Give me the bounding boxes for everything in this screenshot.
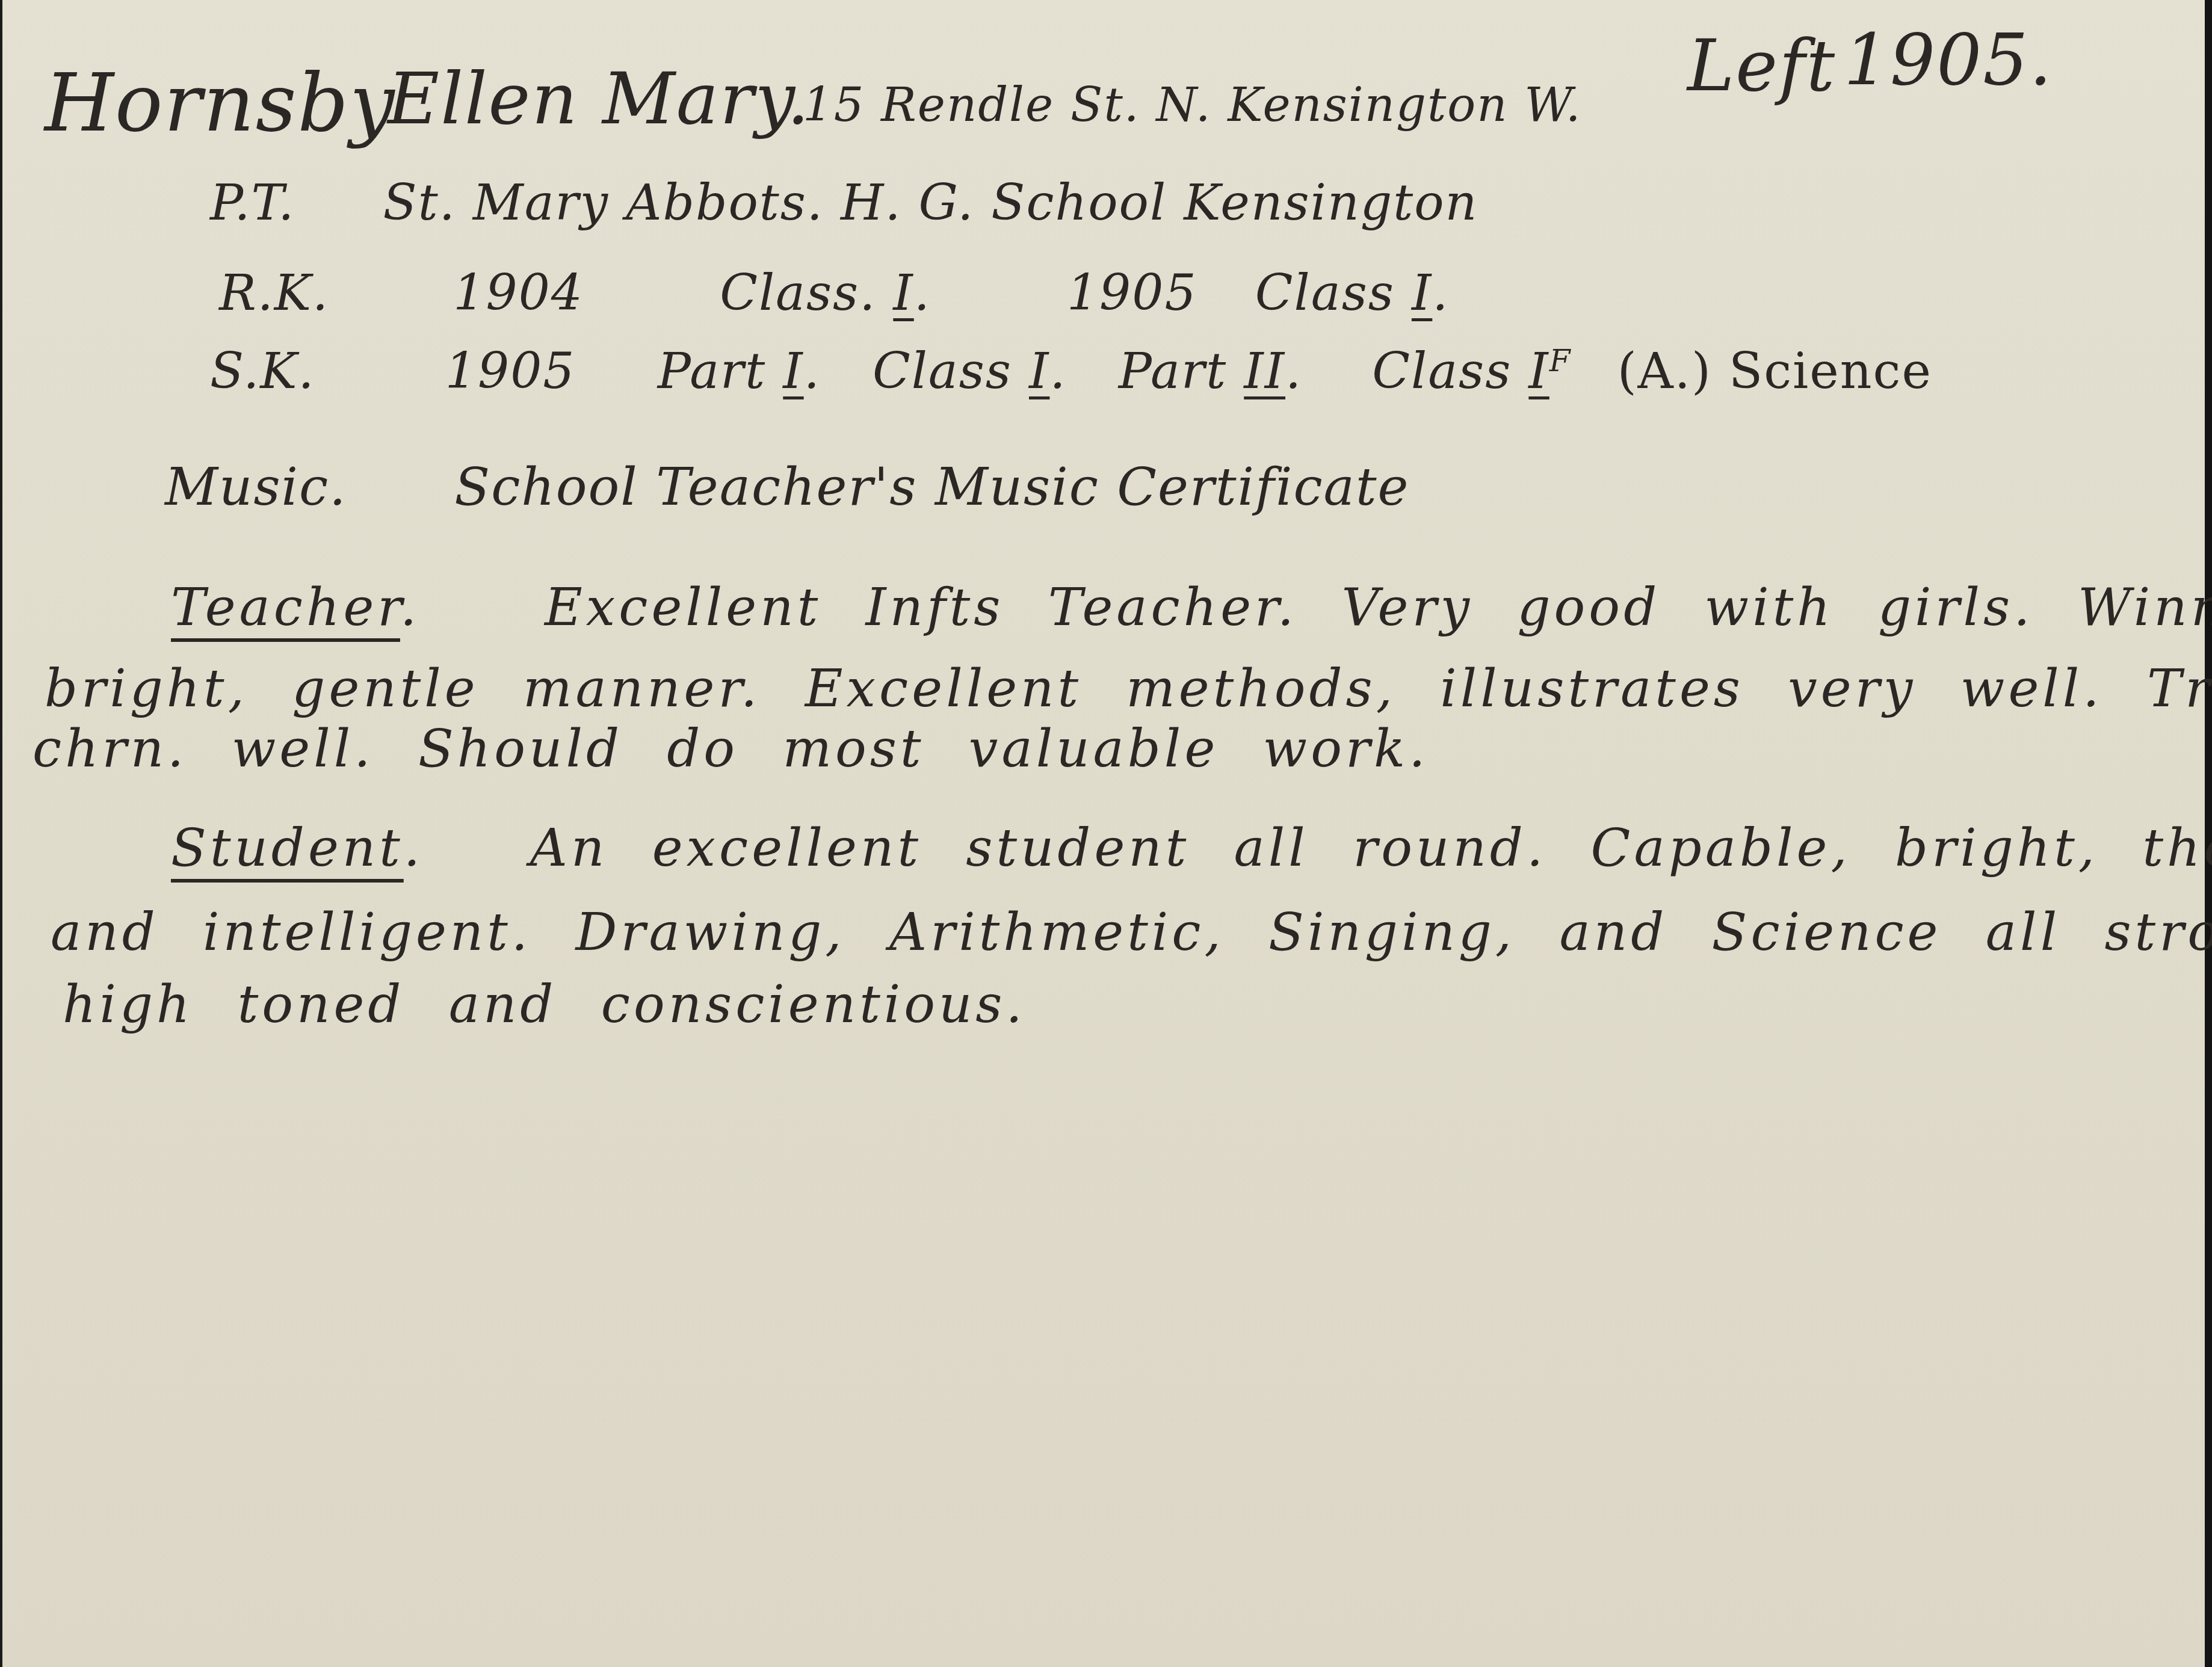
sk-class-1-word: Class bbox=[873, 343, 1012, 400]
rk-year-1: 1904 bbox=[453, 265, 584, 322]
pt-label: P.T. bbox=[210, 174, 295, 232]
student-surname: Hornsby bbox=[45, 57, 396, 150]
left-label: Left bbox=[1687, 24, 1836, 107]
student-label: Student bbox=[171, 818, 404, 878]
sk-part-2-word: Part bbox=[1119, 343, 1228, 400]
rk-row: R.K. 1904 Class. I. 1905 Class I. bbox=[219, 265, 1449, 322]
teacher-line-2: bright, gentle manner. Excellent methods… bbox=[45, 659, 2212, 719]
rk-label: R.K. bbox=[219, 265, 329, 322]
teacher-line-1: Teacher. Excellent Infts Teacher. Very g… bbox=[171, 578, 2212, 638]
student-line-2: and intelligent. Drawing, Arithmetic, Si… bbox=[51, 902, 2212, 963]
rk-class-2-num: I bbox=[1412, 265, 1432, 322]
sk-subject: (A.) Science bbox=[1617, 343, 1932, 400]
rk-year-2: 1905 bbox=[1067, 265, 1197, 322]
pt-value: St. Mary Abbots. H. G. School Kensington bbox=[383, 174, 1478, 232]
student-line-1: Student. An excellent student all round.… bbox=[171, 818, 2212, 878]
music-row: Music. School Teacher's Music Certificat… bbox=[165, 457, 1409, 517]
rk-class-2-word: Class bbox=[1255, 265, 1395, 322]
sk-class-2-num: I bbox=[1528, 343, 1549, 400]
teacher-line-3: chrn. well. Should do most valuable work… bbox=[32, 719, 1429, 779]
sk-label: S.K. bbox=[210, 343, 315, 400]
sk-part-1-num: I bbox=[783, 343, 803, 400]
music-value: School Teacher's Music Certificate bbox=[454, 457, 1409, 517]
music-label: Music. bbox=[165, 457, 347, 517]
student-line-3: high toned and conscientious. bbox=[63, 975, 1026, 1035]
sk-class-2-mark: F bbox=[1549, 344, 1572, 378]
student-forenames: Ellen Mary. bbox=[388, 57, 811, 140]
rk-class-1-num: I bbox=[893, 265, 913, 322]
sk-class-1-num: I bbox=[1029, 343, 1049, 400]
sk-year: 1905 bbox=[445, 343, 576, 400]
teacher-label: Teacher bbox=[171, 578, 400, 638]
student-text-1: An excellent student all round. Capable,… bbox=[530, 818, 2212, 878]
rk-class-1-word: Class. bbox=[720, 265, 876, 322]
pt-row: P.T. St. Mary Abbots. H. G. School Kensi… bbox=[210, 174, 1478, 232]
teacher-text-1: Excellent Infts Teacher. Very good with … bbox=[545, 578, 2212, 638]
left-year: 1905. bbox=[1844, 18, 2053, 101]
student-address: 15 Rendle St. N. Kensington W. bbox=[803, 78, 1582, 132]
sk-part-1-word: Part bbox=[658, 343, 767, 400]
sk-part-2-num: II bbox=[1244, 343, 1285, 400]
sk-class-2-word: Class bbox=[1372, 343, 1512, 400]
sk-row: S.K. 1905 Part I. Class I. Part II. Clas… bbox=[210, 343, 1932, 400]
record-card: Hornsby Ellen Mary. 15 Rendle St. N. Ken… bbox=[0, 0, 2212, 1667]
